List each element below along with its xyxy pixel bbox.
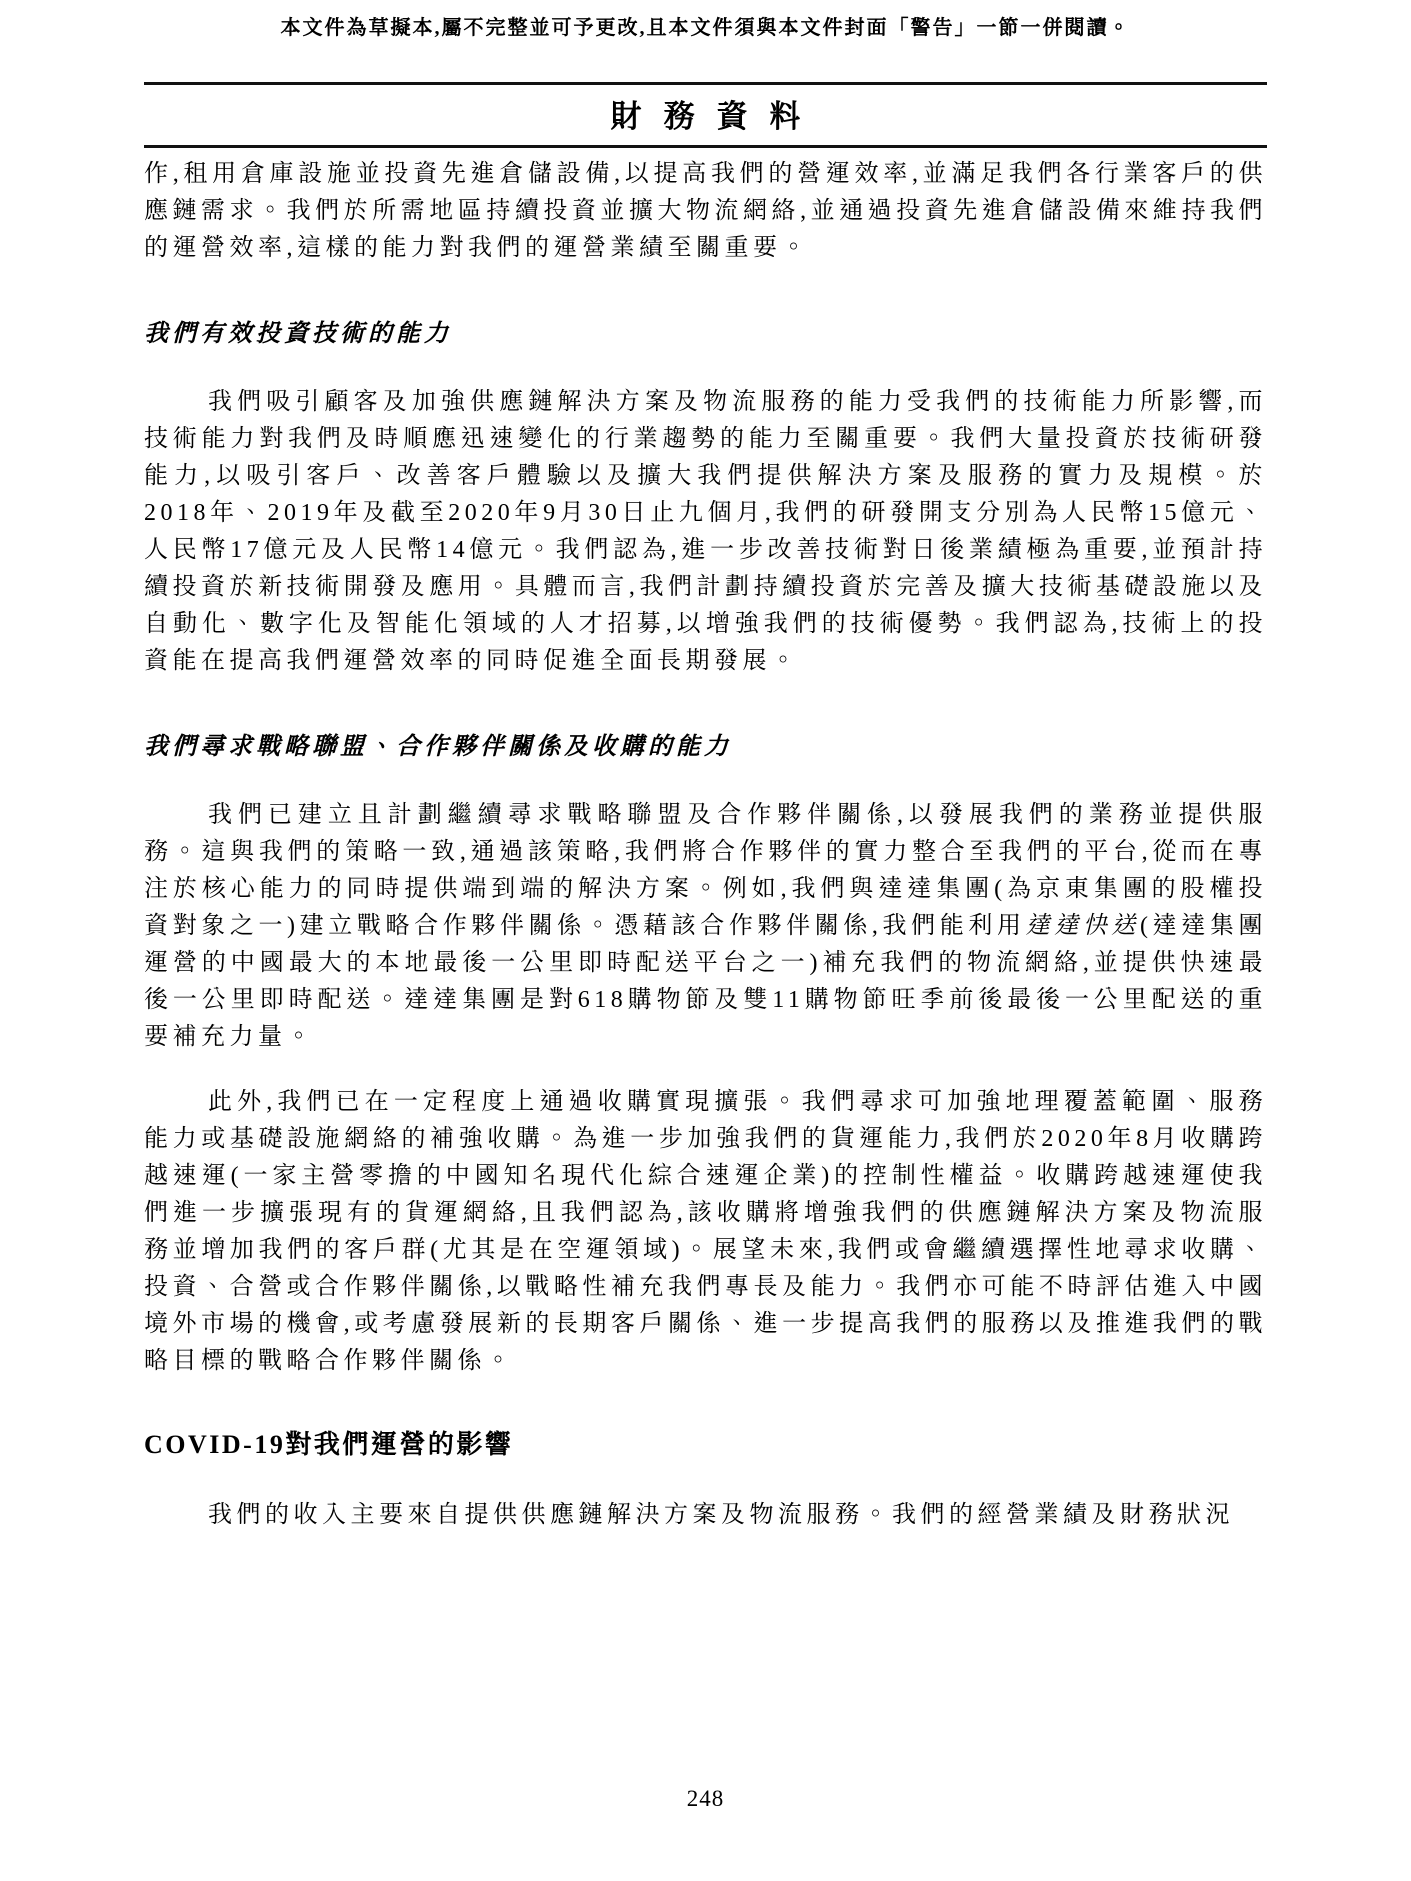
draft-disclaimer-text: 本文件為草擬本,屬不完整並可予更改,且本文件須與本文件封面「警告」一節一併閱讀。 xyxy=(144,0,1267,42)
document-page: 本文件為草擬本,屬不完整並可予更改,且本文件須與本文件封面「警告」一節一併閱讀。… xyxy=(0,0,1411,1881)
page-title: 財務資料 xyxy=(166,91,1267,136)
heading-tech-investment: 我們有效投資技術的能力 xyxy=(144,313,1267,348)
paragraph-tech-investment: 我們吸引顧客及加強供應鏈解決方案及物流服務的能力受我們的技術能力所影響,而技術能… xyxy=(144,384,1267,680)
paragraph-warehouse-continuation: 作,租用倉庫設施並投資先進倉儲設備,以提高我們的營運效率,並滿足我們各行業客戶的… xyxy=(144,156,1267,267)
paragraph-acquisition-expansion: 此外,我們已在一定程度上通過收購實現擴張。我們尋求可加強地理覆蓋範圍、服務能力或… xyxy=(144,1084,1267,1380)
page-number: 248 xyxy=(0,1786,1411,1812)
heading-strategic-alliance: 我們尋求戰略聯盟、合作夥伴關係及收購的能力 xyxy=(144,726,1267,761)
paragraph-covid-revenue: 我們的收入主要來自提供供應鏈解決方案及物流服務。我們的經營業績及財務狀況 xyxy=(144,1497,1267,1534)
heading-covid-impact: COVID-19對我們運營的影響 xyxy=(144,1424,1267,1461)
page-content: 本文件為草擬本,屬不完整並可予更改,且本文件須與本文件封面「警告」一節一併閱讀。… xyxy=(144,0,1267,1534)
title-block: 財務資料 xyxy=(144,82,1267,148)
paragraph-strategic-alliance: 我們已建立且計劃繼續尋求戰略聯盟及合作夥伴關係,以發展我們的業務並提供服務。這與… xyxy=(144,797,1267,1056)
dada-express-brand-name: 達達快送 xyxy=(1026,913,1140,939)
